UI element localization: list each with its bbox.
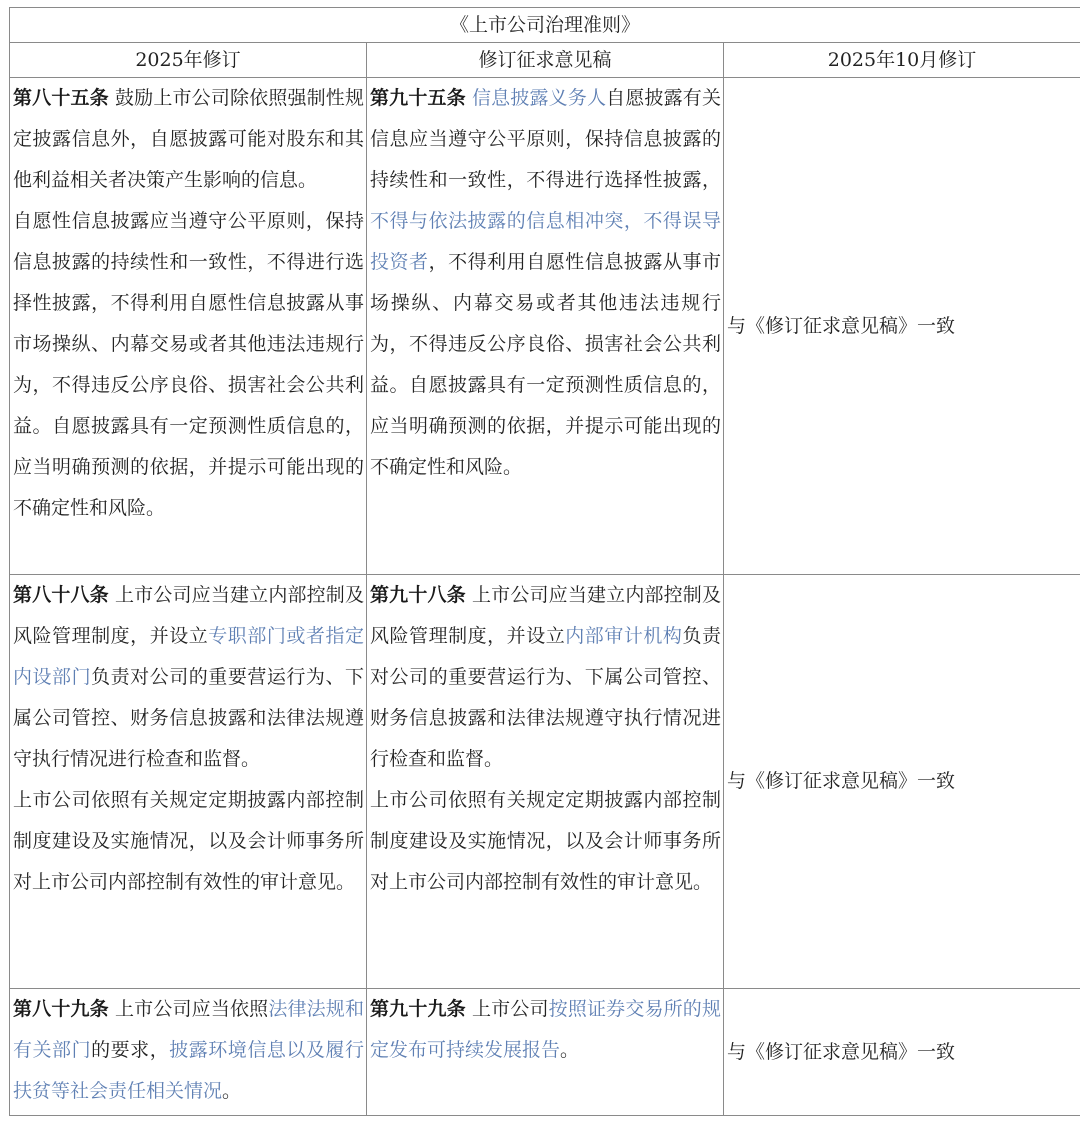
article-text: 的要求， [91, 1039, 169, 1061]
paragraph: 第八十五条 鼓励上市公司除依照强制性规定披露信息外，自愿披露可能对股东和其他利益… [13, 78, 364, 201]
article-text: 自愿性信息披露应当遵守公平原则，保持信息披露的持续性和一致性，不得进行选择性披露… [13, 210, 364, 519]
paragraph: 第九十九条 上市公司按照证券交易所的规定发布可持续发展报告。 [370, 989, 721, 1071]
table-title: 《上市公司治理准则》 [10, 8, 1080, 43]
paragraph: 第九十五条 信息披露义务人自愿披露有关信息应当遵守公平原则，保持信息披露的持续性… [370, 78, 721, 488]
cell-2025-revision: 第八十八条 上市公司应当建立内部控制及风险管理制度，并设立专职部门或者指定内设部… [10, 575, 367, 989]
highlighted-change: 内部审计机构 [565, 625, 682, 647]
cell-2025-revision: 第八十九条 上市公司应当依照法律法规和有关部门的要求，披露环境信息以及履行扶贫等… [10, 989, 367, 1116]
paragraph: 上市公司依照有关规定定期披露内部控制制度建设及实施情况，以及会计师事务所对上市公… [370, 780, 721, 903]
paragraph: 第八十九条 上市公司应当依照法律法规和有关部门的要求，披露环境信息以及履行扶贫等… [13, 989, 364, 1112]
cell-2025-october-revision: 与《修订征求意见稿》一致 [724, 989, 1080, 1116]
cell-draft: 第九十九条 上市公司按照证券交易所的规定发布可持续发展报告。 [367, 989, 724, 1116]
article-text: 。 [222, 1080, 241, 1102]
column-header-2025-october-revision: 2025年10月修订 [724, 43, 1080, 78]
table-title-row: 《上市公司治理准则》 [10, 8, 1080, 43]
article-number: 第九十九条 [370, 998, 466, 1020]
regulation-comparison-table: 《上市公司治理准则》 2025年修订 修订征求意见稿 2025年10月修订 第八… [9, 7, 1080, 1116]
article-number: 第九十五条 [370, 87, 466, 109]
cell-2025-revision: 第八十五条 鼓励上市公司除依照强制性规定披露信息外，自愿披露可能对股东和其他利益… [10, 78, 367, 575]
article-number: 第九十八条 [370, 584, 466, 606]
cell-draft: 第九十五条 信息披露义务人自愿披露有关信息应当遵守公平原则，保持信息披露的持续性… [367, 78, 724, 575]
article-number: 第八十八条 [13, 584, 109, 606]
article-text: ，不得利用自愿性信息披露从事市场操纵、内幕交易或者其他违法违规行为，不得违反公序… [370, 251, 721, 478]
paragraph: 上市公司依照有关规定定期披露内部控制制度建设及实施情况，以及会计师事务所对上市公… [13, 780, 364, 903]
article-number: 第八十五条 [13, 87, 109, 109]
table-row: 第八十九条 上市公司应当依照法律法规和有关部门的要求，披露环境信息以及履行扶贫等… [10, 989, 1080, 1116]
table-header-row: 2025年修订 修订征求意见稿 2025年10月修订 [10, 43, 1080, 78]
article-text: 上市公司应当依照 [115, 998, 268, 1020]
paragraph: 第八十八条 上市公司应当建立内部控制及风险管理制度，并设立专职部门或者指定内设部… [13, 575, 364, 780]
article-text: 上市公司依照有关规定定期披露内部控制制度建设及实施情况，以及会计师事务所对上市公… [370, 789, 721, 893]
table-row: 第八十八条 上市公司应当建立内部控制及风险管理制度，并设立专职部门或者指定内设部… [10, 575, 1080, 989]
article-number: 第八十九条 [13, 998, 109, 1020]
cell-draft: 第九十八条 上市公司应当建立内部控制及风险管理制度，并设立内部审计机构负责对公司… [367, 575, 724, 989]
column-header-2025-revision: 2025年修订 [10, 43, 367, 78]
column-header-draft: 修订征求意见稿 [367, 43, 724, 78]
highlighted-change: 信息披露义务人 [472, 87, 606, 109]
cell-2025-october-revision: 与《修订征求意见稿》一致 [724, 575, 1080, 989]
paragraph: 第九十八条 上市公司应当建立内部控制及风险管理制度，并设立内部审计机构负责对公司… [370, 575, 721, 780]
article-text: 。 [560, 1039, 579, 1061]
article-text: 上市公司依照有关规定定期披露内部控制制度建设及实施情况，以及会计师事务所对上市公… [13, 789, 364, 893]
cell-2025-october-revision: 与《修订征求意见稿》一致 [724, 78, 1080, 575]
table-row: 第八十五条 鼓励上市公司除依照强制性规定披露信息外，自愿披露可能对股东和其他利益… [10, 78, 1080, 575]
article-text: 上市公司 [472, 998, 549, 1020]
paragraph: 自愿性信息披露应当遵守公平原则，保持信息披露的持续性和一致性，不得进行选择性披露… [13, 201, 364, 529]
